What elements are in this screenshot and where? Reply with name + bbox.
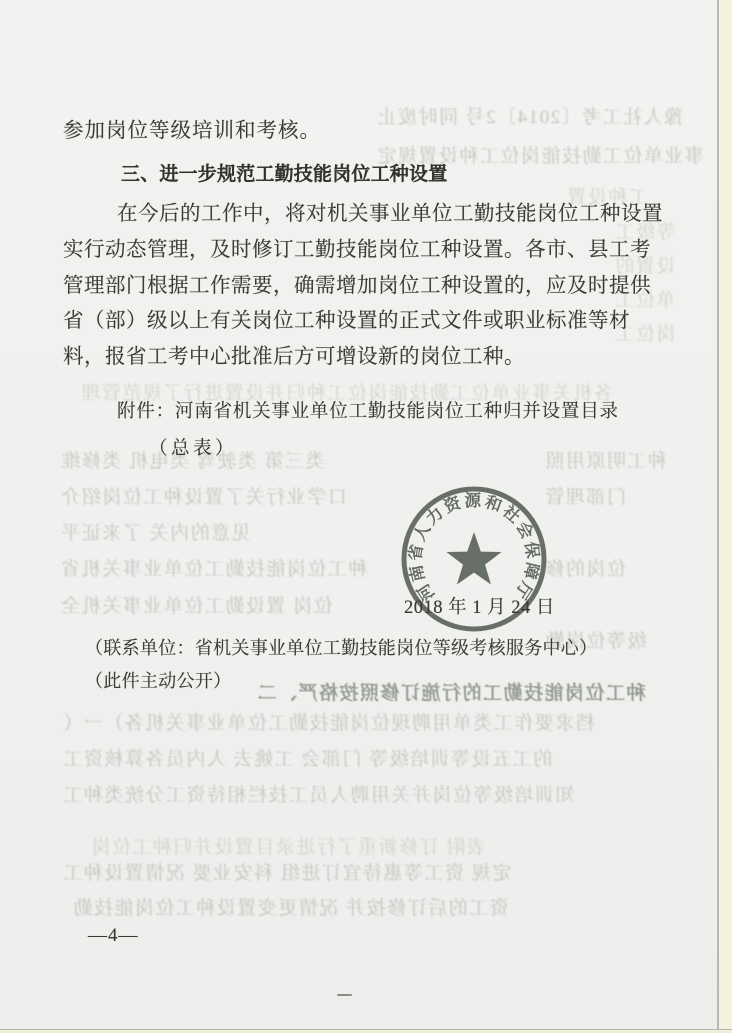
- bleedthrough-line: 门部理管: [544, 488, 626, 507]
- paragraph-line: 管理部门根据工作需要，确需增加岗位工种设置的，应及时提供: [63, 276, 651, 297]
- bleedthrough-line: 定规 资工等惠待宜订进组 科安业要 况情置设种工: [62, 864, 511, 883]
- contact-line: （联系单位：省机关事业单位工勤技能岗位等级考核服务中心）: [85, 639, 597, 657]
- bleedthrough-line: 豫人社工考〔2014〕2号 同时废止: [376, 108, 683, 127]
- bleedthrough-line: 各机关事业单位工勤技能岗位工种归并设置进行了规范管理: [80, 384, 613, 403]
- bleedthrough-line: 的工五设等训培级等 门部会 工姚去 人内员各算核资工: [62, 750, 552, 769]
- issue-date: 2018 年 1 月 24 日: [404, 599, 555, 618]
- bleedthrough-line: 口学业行关了置设种工位岗绍介: [60, 488, 347, 507]
- paragraph-line: 在今后的工作中，将对机关事业单位工勤技能岗位工种设置: [117, 204, 663, 225]
- page-edge-right: [717, 0, 732, 1033]
- disclosure-line: （此件主动公开）: [85, 672, 231, 690]
- bleedthrough-line: 资工的后订修按并 况情更变置设种工位岗能技勤: [72, 899, 509, 918]
- page-number: —4—: [88, 926, 139, 945]
- bleedthrough-line: 种工位岗能技勤工的行施订修照按格严、二: [256, 684, 646, 703]
- scanned-page: 豫人社工考〔2014〕2号 同时废止 事业单位工勤技能岗位工种设置规定 工种设置…: [0, 0, 732, 1033]
- bleedthrough-line: 种工明原用照: [544, 452, 667, 471]
- bleedthrough-line: 位岗的修: [544, 560, 626, 579]
- attachment-line: 附件：河南省机关事业单位工勤技能岗位工种归并设置目录: [117, 403, 619, 422]
- bleedthrough-line: 知训培级等位岗并关用聘人员工技栏相待资工分统类种工: [62, 786, 575, 805]
- intro-line: 参加岗位等级培训和考核。: [63, 121, 321, 142]
- paragraph-line: 省（部）级以上有关岗位工种设置的正式文件或职业标准等材: [63, 311, 630, 332]
- section-heading: 三、进一步规范工勤技能岗位工种设置: [121, 165, 447, 184]
- bleedthrough-line: 位岗 置设勤工位单业事关机全: [60, 597, 333, 616]
- attachment-subline: （总表）: [149, 440, 237, 459]
- bleedthrough-line: 见意的内关 了来证平: [60, 524, 251, 543]
- paragraph-line: 实行动态管理，及时修订工勤技能岗位工种设置。各市、县工考: [63, 240, 651, 261]
- stray-mark: [337, 994, 352, 996]
- page-edge-bottom: [0, 1029, 732, 1033]
- stamp-star-icon: [446, 532, 501, 585]
- bleedthrough-line: 种工位岗能技勤工位单业事关机省: [60, 560, 368, 579]
- bleedthrough-line: 表附 订修新重了行进录目置设并归种工位岗: [90, 838, 486, 857]
- bleedthrough-line: 档求要作工类单用聘现位岗能技勤工位单业事关机各）一（: [62, 714, 595, 733]
- paragraph-line: 料，报省工考中心批准后方可增设新的岗位工种。: [63, 347, 525, 368]
